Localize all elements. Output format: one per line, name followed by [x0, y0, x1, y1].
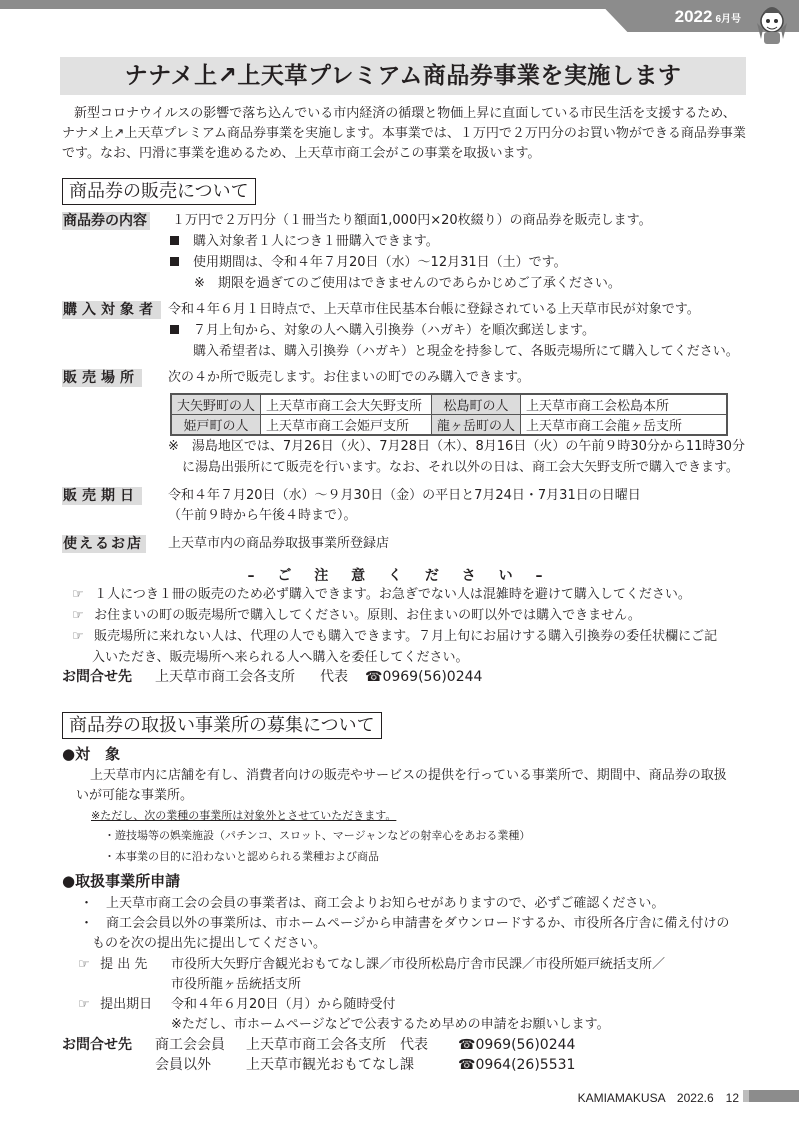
eligibility-sub: 購入希望者は、購入引換券（ハガキ）と現金を持参して、各販売場所にて購入してくださ… [193, 342, 739, 361]
page-title: ナナメ上↗上天草プレミアム商品券事業を実施します [60, 57, 746, 95]
destination-1: 市役所大矢野庁舎観光おもてなし課／市役所松島庁舎市民課／市役所姫戸統括支所／ [171, 955, 665, 974]
pointing-hand-icon: ☞ [72, 627, 90, 646]
label-content: 商品券の内容 [62, 212, 150, 230]
deadline-note: ※ただし、市ホームページなどで公表するため早めの申請をお願いします。 [171, 1015, 610, 1034]
locations-note-2: に湯島出張所にて販売を行います。なお、それ以外の日は、商工会大矢野支所で購入でき… [182, 458, 739, 477]
notice-item: ☞ 販売場所に来れない人は、代理の人でも購入できます。７月上旬にお届けする購入引… [72, 627, 717, 646]
town-cell: 姫戸町の人 [171, 415, 261, 436]
square-bullet-icon [170, 257, 179, 266]
content-bullet-2: 使用期間は、令和４年７月20日（水）〜12月31日（土）です。 [170, 253, 567, 272]
notice-heading: – ご 注 意 く だ さ い – [0, 565, 799, 585]
pointing-hand-icon: ☞ [72, 606, 90, 625]
office-cell: 上天草市商工会姫戸支所 [261, 415, 432, 436]
mascot-character-icon [751, 3, 793, 49]
issue-label: 20226月号 [675, 7, 741, 27]
label-period: 販売期日 [62, 487, 142, 505]
town-cell: 松島町の人 [432, 394, 521, 415]
square-bullet-icon [170, 236, 179, 245]
deadline-label: ☞ 提出期日 [78, 995, 152, 1014]
square-bullet-icon [170, 325, 179, 334]
application-item-2: ・ 商工会会員以外の事業所は、市ホームページから申請書をダウンロードするか、市役… [80, 914, 729, 933]
contact2-type: 商工会会員 [155, 1036, 225, 1055]
pointing-hand-icon: ☞ [78, 955, 96, 974]
excluded-item-1: ・遊技場等の娯楽施設（パチンコ、スロット、マージャンなどの射幸心をあおる業種） [104, 826, 530, 845]
exclusion-note: ※ただし、次の業種の事業所は対象外とさせていただきます。 [91, 806, 396, 825]
section-heading-recruitment: 商品券の取扱い事業所の募集について [62, 712, 382, 739]
contact2-org: 上天草市商工会各支所 代表 [246, 1036, 428, 1055]
notice-item: ☞ １人につき１冊の販売のため必ず購入できます。お急ぎでない人は混雑時を避けて購… [72, 585, 691, 604]
page-footer: KAMIAMAKUSA 2022.6 12 [578, 1089, 739, 1106]
locations-text: 次の４か所で販売します。お住まいの町でのみ購入できます。 [168, 368, 530, 387]
notice-continuation: 入いただき、販売場所へ来られる人へ購入を委任してください。 [92, 648, 468, 667]
office-cell: 上天草市商工会大矢野支所 [261, 394, 432, 415]
contact-org: 上天草市商工会各支所 [155, 668, 295, 687]
period-text-2: （午前９時から午後４時まで）。 [168, 506, 357, 525]
contact3-type: 会員以外 [155, 1056, 211, 1075]
period-text-1: 令和４年７月20日（水）〜９月30日（金）の平日と7月24日・7月31日の日曜日 [168, 486, 641, 505]
pointing-hand-icon: ☞ [78, 995, 96, 1014]
application-heading: ●取扱事業所申請 [62, 870, 180, 891]
target-text-1: 上天草市内に店舗を有し、消費者向けの販売やサービスの提供を行っている事業所で、期… [90, 766, 727, 785]
contact-rep: 代表 [320, 668, 348, 687]
label-locations: 販売場所 [62, 369, 142, 387]
table-row: 大矢野町の人 上天草市商工会大矢野支所 松島町の人 上天草市商工会松島本所 [171, 394, 727, 415]
application-item-1: ・ 上天草市商工会の会員の事業者は、商工会よりお知らせがありますので、必ずご確認… [80, 894, 664, 913]
office-cell: 上天草市商工会松島本所 [521, 394, 728, 415]
pointing-hand-icon: ☞ [72, 585, 90, 604]
eligibility-bullet: ７月上旬から、対象の人へ購入引換券（ハガキ）を順次郵送します。 [170, 321, 595, 340]
target-heading: ●対 象 [62, 743, 120, 764]
label-shops: 使えるお店 [62, 535, 146, 553]
locations-note-1: ※ 湯島地区では、7月26日（火）、7月28日（木）、8月16日（火）の午前９時… [168, 437, 745, 456]
table-row: 姫戸町の人 上天草市商工会姫戸支所 龍ヶ岳町の人 上天草市商工会龍ヶ岳支所 [171, 415, 727, 436]
contact3-org: 上天草市観光おもてなし課 [246, 1056, 414, 1075]
target-text-2: いが可能な事業所。 [76, 786, 193, 805]
notice-item: ☞ お住まいの町の販売場所で購入してください。原則、お住まいの町以外では購入でき… [72, 606, 641, 625]
footer-bar [743, 1090, 799, 1102]
eligibility-text: 令和４年６月１日時点で、上天草市住民基本台帳に登録されている上天草市民が対象です… [168, 300, 700, 319]
contact2-label: お問合せ先 [62, 1036, 132, 1055]
town-cell: 大矢野町の人 [171, 394, 261, 415]
content-note: ※ 期限を過ぎてのご使用はできませんのであらかじめご了承ください。 [194, 274, 621, 293]
locations-table: 大矢野町の人 上天草市商工会大矢野支所 松島町の人 上天草市商工会松島本所 姫戸… [170, 393, 728, 436]
deadline-text: 令和４年６月20日（月）から随時受付 [171, 995, 396, 1014]
contact-phone: ☎0969(56)0244 [365, 668, 482, 687]
contact-label: お問合せ先 [62, 668, 132, 687]
destination-label: ☞ 提 出 先 [78, 955, 147, 974]
section-heading-sales: 商品券の販売について [62, 178, 256, 205]
shops-text: 上天草市内の商品券取扱事業所登録店 [168, 534, 389, 553]
label-eligibility: 購入対象者 [62, 301, 161, 319]
town-cell: 龍ヶ岳町の人 [432, 415, 521, 436]
application-item-2-cont: ものを次の提出先に提出してください。 [92, 934, 326, 953]
intro-paragraph: 新型コロナウイルスの影響で落ち込んでいる市内経済の循環と物価上昇に直面している市… [62, 104, 748, 164]
excluded-item-2: ・本事業の目的に沿わないと認められる業種および商品 [104, 847, 379, 866]
content-bullet-1: 購入対象者１人につき１冊購入できます。 [170, 232, 439, 251]
destination-2: 市役所龍ヶ岳統括支所 [171, 975, 301, 994]
content-text: １万円で２万円分（１冊当たり額面1,000円×20枚綴り）の商品券を販売します。 [172, 211, 652, 230]
office-cell: 上天草市商工会龍ヶ岳支所 [521, 415, 728, 436]
contact3-phone: ☎0964(26)5531 [458, 1056, 575, 1075]
contact2-phone: ☎0969(56)0244 [458, 1036, 575, 1055]
